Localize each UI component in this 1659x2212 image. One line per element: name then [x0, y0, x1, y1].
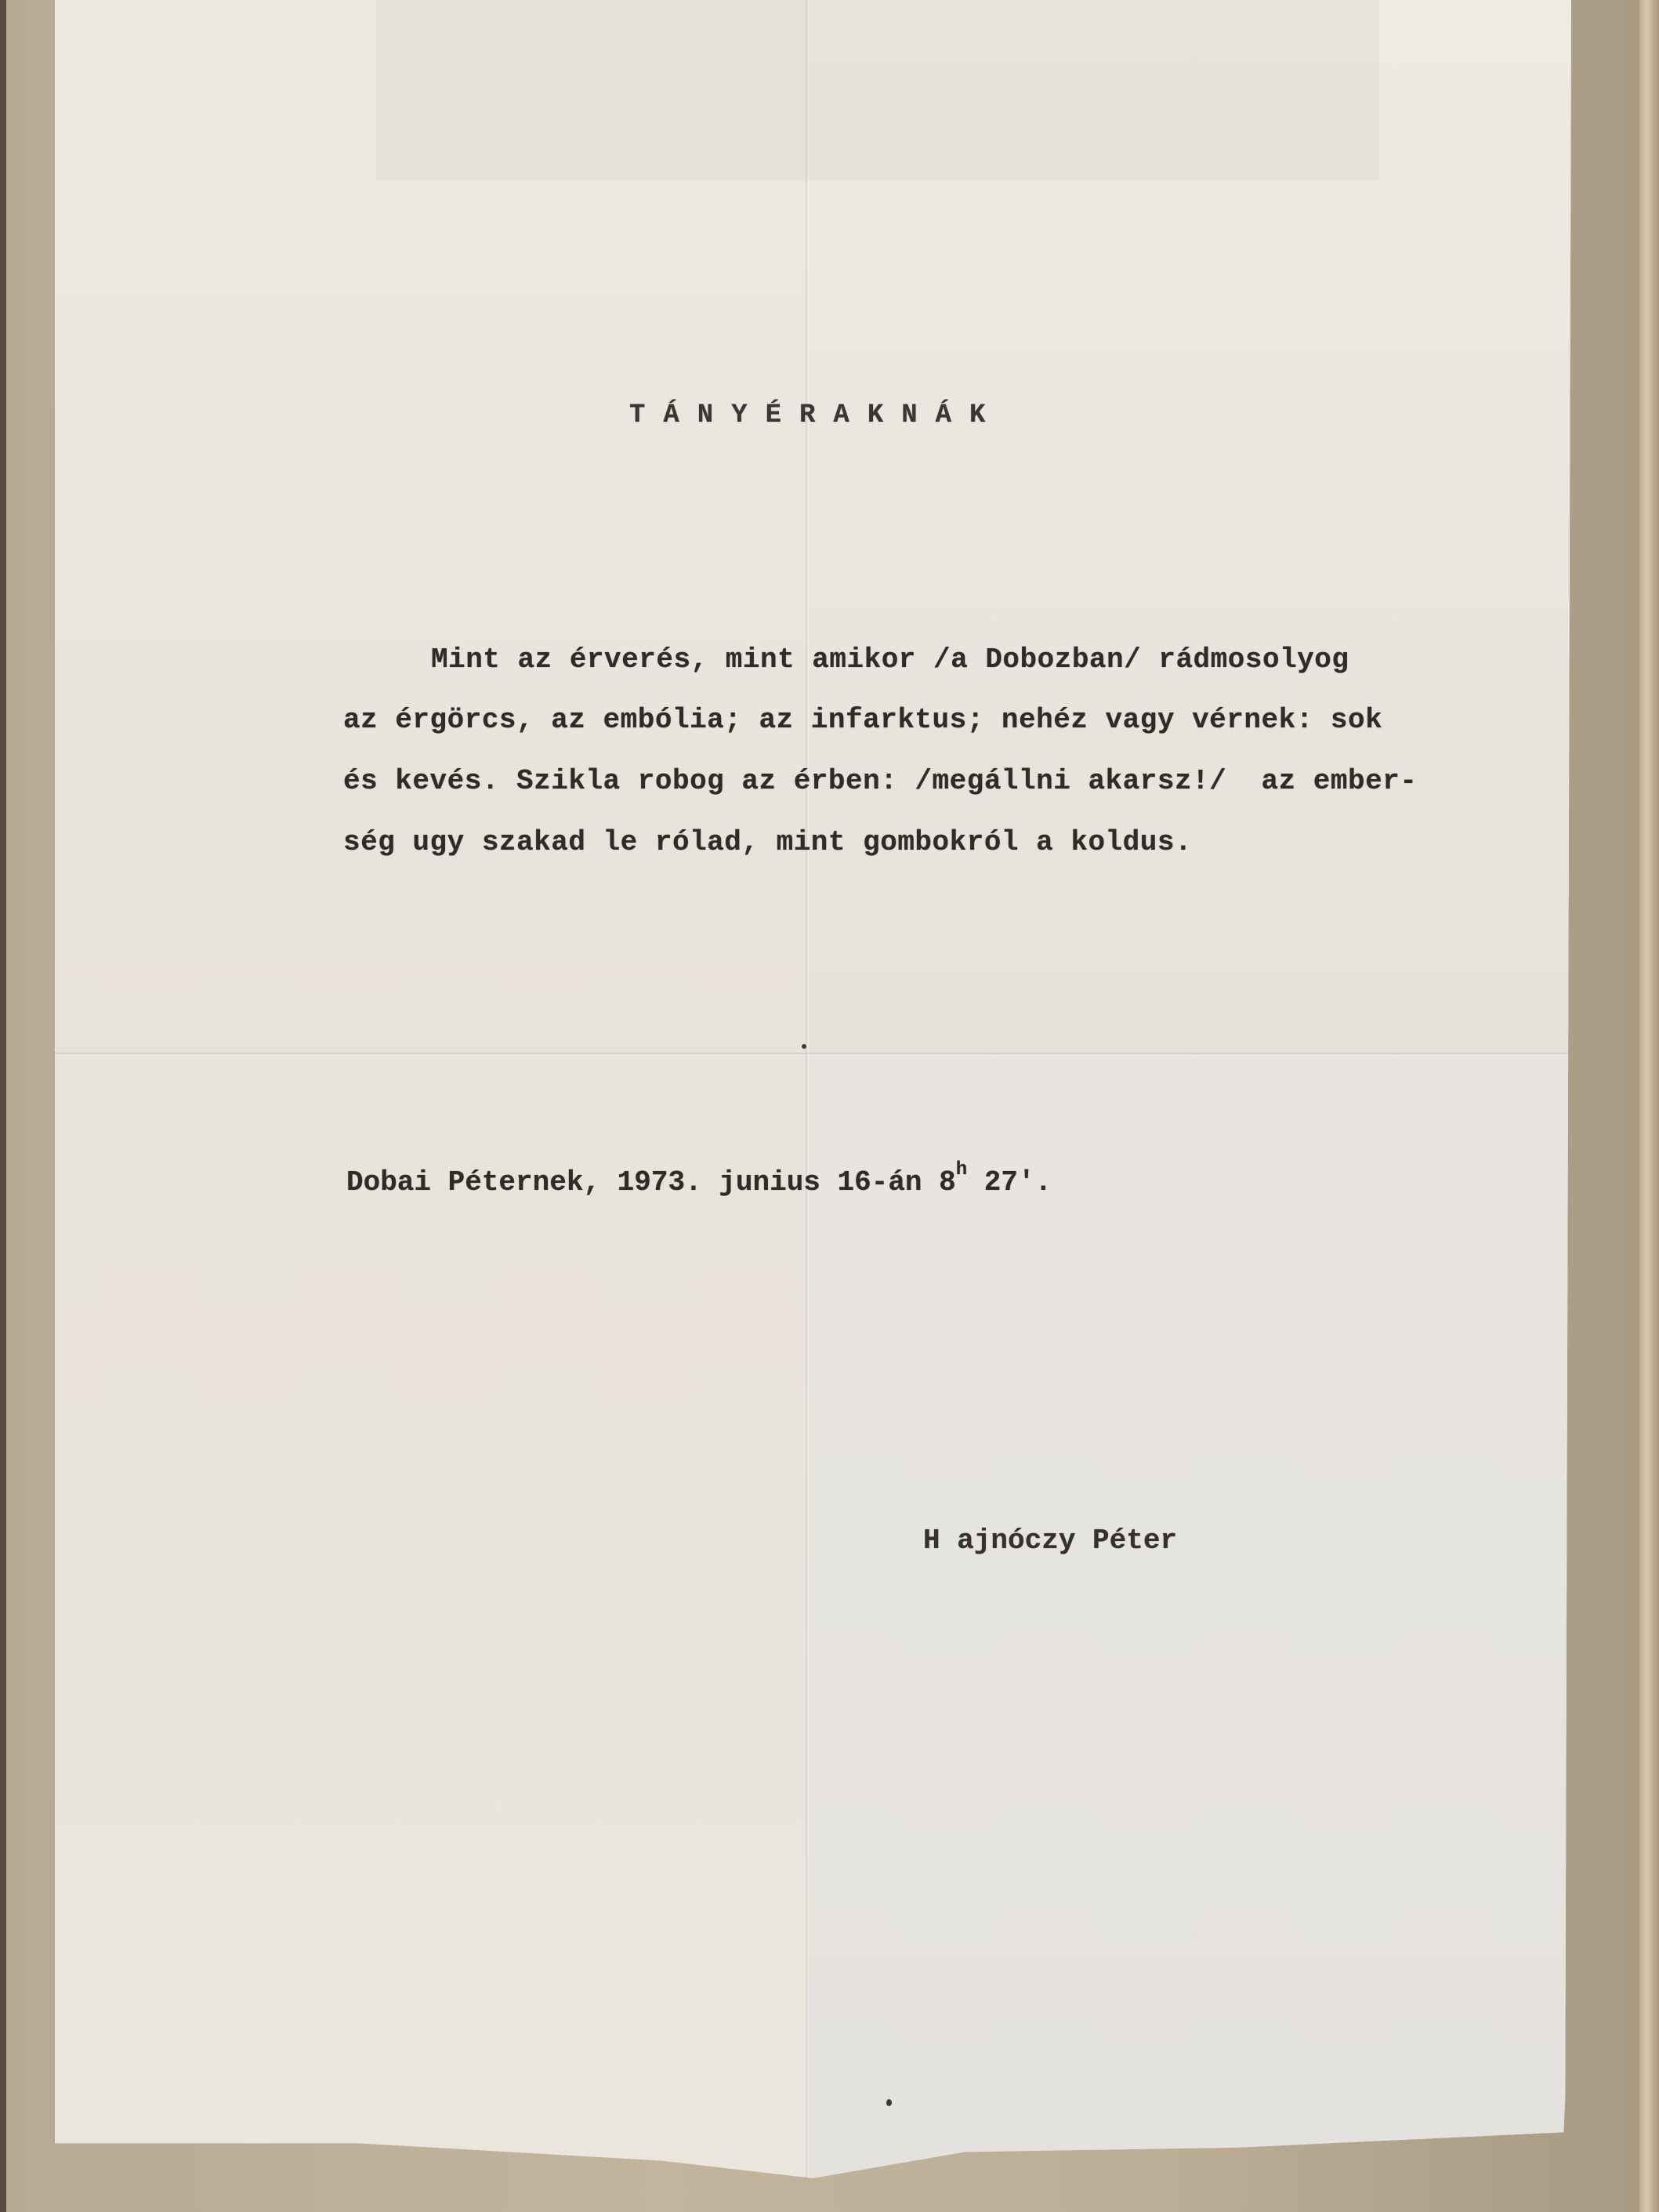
cardboard-backing-strip — [1639, 0, 1659, 2212]
vertical-fold-line — [806, 0, 809, 2187]
poem-line-2: az érgörcs, az embólia; az infarktus; ne… — [343, 704, 1382, 736]
poem-line-4: ség ugy szakad le rólad, mint gombokról … — [343, 826, 1192, 858]
ink-speck — [802, 1044, 806, 1049]
typewritten-sheet: TÁNYÉRAKNÁK Mint az érverés, mint amikor… — [55, 0, 1571, 2187]
author-signature: H ajnóczy Péter — [923, 1525, 1177, 1557]
dedication-line: Dobai Péternek, 1973. junius 16-án 8h 27… — [346, 1166, 1052, 1198]
cardboard-backing-edge — [0, 0, 6, 2212]
ink-speck — [886, 2099, 892, 2106]
poem-line-1: Mint az érverés, mint amikor /a Dobozban… — [431, 644, 1349, 676]
sheet-panel-bottom-right — [807, 1054, 1571, 2187]
hour-superscript: h — [956, 1159, 967, 1180]
horizontal-fold-line — [55, 1053, 1571, 1056]
dedication-minutes: 27'. — [967, 1166, 1052, 1198]
poem-line-3: és kevés. Szikla robog az érben: /megáll… — [343, 765, 1417, 797]
dedication-text: Dobai Péternek, 1973. junius 16-án 8 — [346, 1166, 956, 1198]
sheet-panel-bottom-left — [55, 1054, 807, 2187]
paper-discoloration — [376, 0, 1379, 180]
poem-title: TÁNYÉRAKNÁK — [629, 401, 1003, 430]
